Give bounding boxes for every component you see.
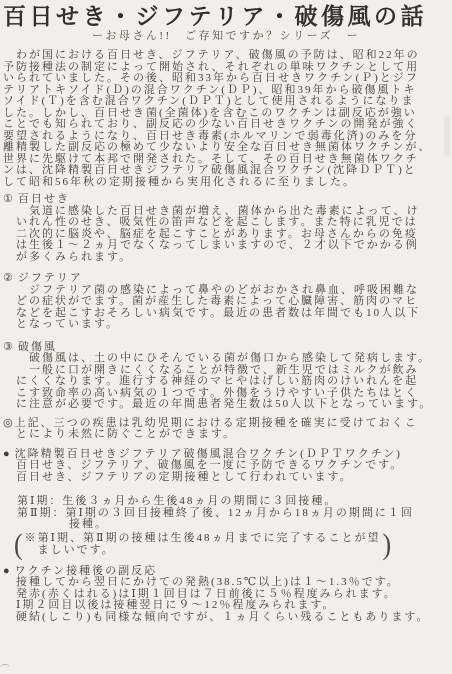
section-pertussis: ① 百日せき 気道に感染した百日せき菌が増え、菌体から出た毒素によって、け いれ… [3,194,449,263]
scan-artifact [444,116,450,156]
scanned-leaflet: 百日せき・ジフテリア・破傷風の話 ーお母さん!! ご存知ですか？シリーズ ー わ… [0,0,452,674]
section-diphtheria-title: ジフテリア [18,273,83,285]
close-paren: ) [383,531,392,559]
intro-paragraph: わが国における百日せき、ジフテリア、破傷風の予防は、昭和22年の 予防接種法の制… [3,50,449,188]
circled-2-marker: ② [3,273,15,285]
section-diphtheria: ② ジフテリア ジフテリア菌の感染によって鼻やのどがおかされ鼻血、呼吸困難な ど… [3,273,449,331]
section-diphtheria-heading: ② ジフテリア [3,273,449,285]
schedule-parenthetical-note: ( ※第Ⅰ期、第Ⅱ期の接種は生後48ヵ月までに完了することが望 ましいです。 ) [3,533,449,557]
summary-note: ◎上記、三つの疾患は乳幼児期における定期接種を確実に受けておくこ とにより未然に… [3,418,449,441]
section-diphtheria-body: ジフテリア菌の感染によって鼻やのどがおかされ鼻血、呼吸困難な どの症状がでます。… [3,285,449,331]
dpt-vaccine-section: ● 沈降精製百日せきジフテリア破傷風混合ワクチン(ＤＰＴワクチン) 百日せき、ジ… [3,449,449,557]
section-pertussis-body: 気道に感染した百日せき菌が増え、菌体から出た毒素によって、け いれん性のせき、吸… [3,206,449,264]
section-tetanus: ③ 破傷風 破傷風は、土の中にひそんでいる菌が傷口から感染して発病します。 一般… [3,342,449,411]
side-effects-section: ● ワクチン接種後の副反応 接種してから翌日にかけての発熱(38.5℃以上)は１… [3,566,449,624]
page-title: 百日せき・ジフテリア・破傷風の話 [3,4,449,30]
section-pertussis-heading: ① 百日せき [3,194,449,206]
schedule-note-text: ※第Ⅰ期、第Ⅱ期の接種は生後48ヵ月までに完了することが望 ましいです。 [25,533,381,556]
circled-1-marker: ① [3,194,15,206]
page-subtitle: ーお母さん!! ご存知ですか？シリーズ ー [3,30,449,43]
open-paren: ( [14,531,23,559]
section-tetanus-body: 破傷風は、土の中にひそんでいる菌が傷口から感染して発病します。 一般に口が開きに… [3,353,449,411]
dpt-vaccine-body: 百日せき、ジフテリア、破傷風を一度に予防できるワクチンです。 百日せき、ジフテリ… [3,460,449,483]
scan-artifact [0,664,10,671]
section-pertussis-title: 百日せき [18,194,70,206]
side-effects-body: 接種してから翌日にかけての発熱(38.5℃以上)は１～1.3％です。 発赤(赤く… [3,577,449,623]
vaccination-schedule: 第Ⅰ期：生後３ヵ月から生後48ヵ月の期間に３回接種。 第Ⅱ期：第Ⅰ期の３回目接種… [3,496,449,531]
